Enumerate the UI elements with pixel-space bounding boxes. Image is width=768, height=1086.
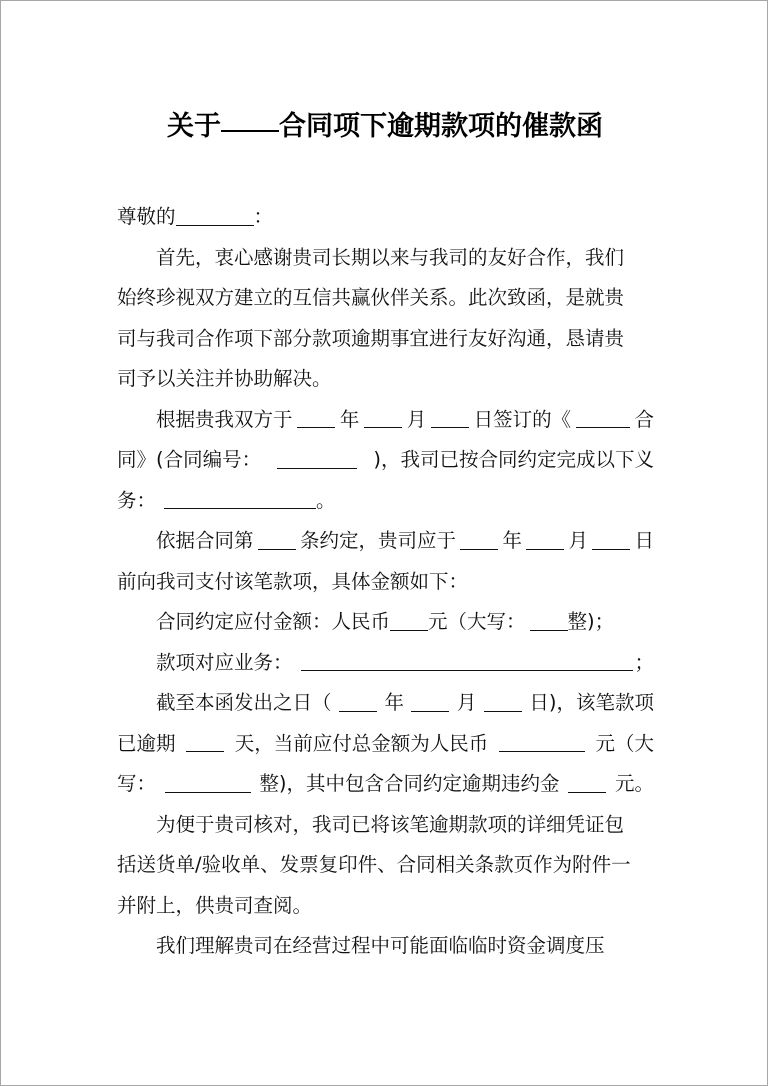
p3-year-label: 年 — [502, 521, 522, 562]
p3-due-text: 条约定，贵司应于 — [300, 521, 456, 562]
paragraph-3-line-1: 依据合同第 条约定，贵司应于 年 月 日 — [117, 521, 654, 562]
p3-month-label: 月 — [568, 521, 588, 562]
p2-signed-prefix: 根据贵我双方于 — [156, 400, 293, 441]
obligation-blank — [164, 488, 316, 509]
sign-year-blank — [297, 407, 335, 428]
sign-day-blank — [431, 407, 469, 428]
p4-year-label: 年 — [384, 683, 404, 724]
p3-clause-prefix: 依据合同第 — [156, 521, 254, 562]
total-amount-blank — [499, 731, 585, 752]
p4-as-of-text: 截至本函发出之日（ — [156, 683, 332, 724]
p4-penalty-text: 整)，其中包含合同约定逾期违约金 — [259, 764, 559, 805]
total-words-blank — [165, 772, 251, 793]
issue-year-blank — [339, 691, 377, 712]
paragraph-4-line-2: 已逾期 天，当前应付总金额为人民币 元（大 — [117, 724, 654, 765]
p2-contract-char: 合 — [634, 400, 654, 441]
p2-period: 。 — [316, 481, 336, 522]
document-page: 关于合同项下逾期款项的催款函 尊敬的： 首先，衷心感谢贵司长期以来与我司的友好合… — [0, 0, 768, 1086]
p2-month-label: 月 — [407, 400, 427, 441]
p2-day-label: 日签订的《 — [474, 400, 572, 441]
due-day-blank — [592, 529, 630, 550]
p2-contract-number-label: 同》(合同编号： — [117, 440, 261, 481]
paragraph-1-line-2: 始终珍视双方建立的互信共赢伙伴关系。此次致函，是就贵 — [117, 278, 654, 319]
paragraph-4-line-3: 写： 整)，其中包含合同约定逾期违约金 元。 — [117, 764, 654, 805]
title-suffix: 合同项下逾期款项的催款函 — [279, 111, 603, 142]
title-prefix: 关于 — [167, 111, 221, 142]
salutation: 尊敬的： — [117, 197, 654, 238]
amount-figure-blank — [390, 610, 428, 631]
paragraph-3-line-2: 前向我司支付该笔款项，具体金额如下： — [117, 562, 654, 603]
salutation-text: 尊敬的 — [117, 197, 176, 238]
p2-year-label: 年 — [340, 400, 360, 441]
paragraph-5-line-1: 为便于贵司核对，我司已将该笔逾期款项的详细凭证包 — [117, 805, 654, 846]
paragraph-1-line-1: 首先，衷心感谢贵司长期以来与我司的友好合作，我们 — [117, 238, 654, 279]
p2-obligations-text: )，我司已按合同约定完成以下义 — [373, 440, 654, 481]
p3-day-label: 日 — [634, 521, 654, 562]
paragraph-5-line-2: 括送货单/验收单、发票复印件、合同相关条款页作为附件一 — [117, 845, 654, 886]
amount-label: 合同约定应付金额：人民币 — [156, 602, 390, 643]
business-label: 款项对应业务： — [156, 643, 293, 684]
business-blank — [301, 650, 633, 671]
penalty-amount-blank — [568, 772, 606, 793]
p4-penalty-suffix: 元。 — [615, 764, 654, 805]
paragraph-2-line-3: 务： 。 — [117, 481, 654, 522]
paragraph-4-line-1: 截至本函发出之日（ 年 月 日)，该笔款项 — [117, 683, 654, 724]
business-line: 款项对应业务： ； — [117, 643, 654, 684]
p4-words-label: 写： — [117, 764, 156, 805]
paragraph-5-line-3: 并附上，供贵司查阅。 — [117, 886, 654, 927]
letter-title: 关于合同项下逾期款项的催款函 — [1, 105, 768, 149]
amount-words-blank — [530, 610, 568, 631]
paragraph-1-line-4: 司予以关注并协助解决。 — [117, 359, 654, 400]
due-month-blank — [526, 529, 564, 550]
business-suffix: ； — [634, 643, 654, 684]
issue-day-blank — [484, 691, 522, 712]
p2-obligation-label: 务： — [117, 481, 156, 522]
salutation-colon: ： — [254, 197, 274, 238]
p4-total-suffix: 元（大 — [595, 724, 654, 765]
p4-overdue-label: 已逾期 — [117, 724, 176, 765]
p4-total-label: 天，当前应付总金额为人民币 — [235, 724, 489, 765]
p4-day-label: 日)，该笔款项 — [529, 683, 654, 724]
amount-words-suffix: 整)； — [568, 602, 615, 643]
contract-title-blank — [576, 407, 630, 428]
due-year-blank — [460, 529, 498, 550]
recipient-name-blank — [176, 205, 254, 226]
amount-words-label: 元（大写： — [428, 602, 526, 643]
contract-amount-line: 合同约定应付金额：人民币 元（大写： 整)； — [117, 602, 654, 643]
paragraph-1-line-3: 司与我司合作项下部分款项逾期事宜进行友好沟通，恳请贵 — [117, 319, 654, 360]
letter-body: 尊敬的： 首先，衷心感谢贵司长期以来与我司的友好合作，我们 始终珍视双方建立的互… — [117, 197, 654, 967]
sign-month-blank — [364, 407, 402, 428]
paragraph-2-line-1: 根据贵我双方于 年 月 日签订的《 合 — [117, 400, 654, 441]
title-contract-name-blank — [221, 110, 279, 132]
clause-number-blank — [258, 529, 296, 550]
contract-number-blank — [277, 448, 357, 469]
overdue-days-blank — [186, 731, 224, 752]
issue-month-blank — [411, 691, 449, 712]
paragraph-2-line-2: 同》(合同编号： )，我司已按合同约定完成以下义 — [117, 440, 654, 481]
paragraph-6-line-1: 我们理解贵司在经营过程中可能面临临时资金调度压 — [117, 926, 654, 967]
p4-month-label: 月 — [457, 683, 477, 724]
